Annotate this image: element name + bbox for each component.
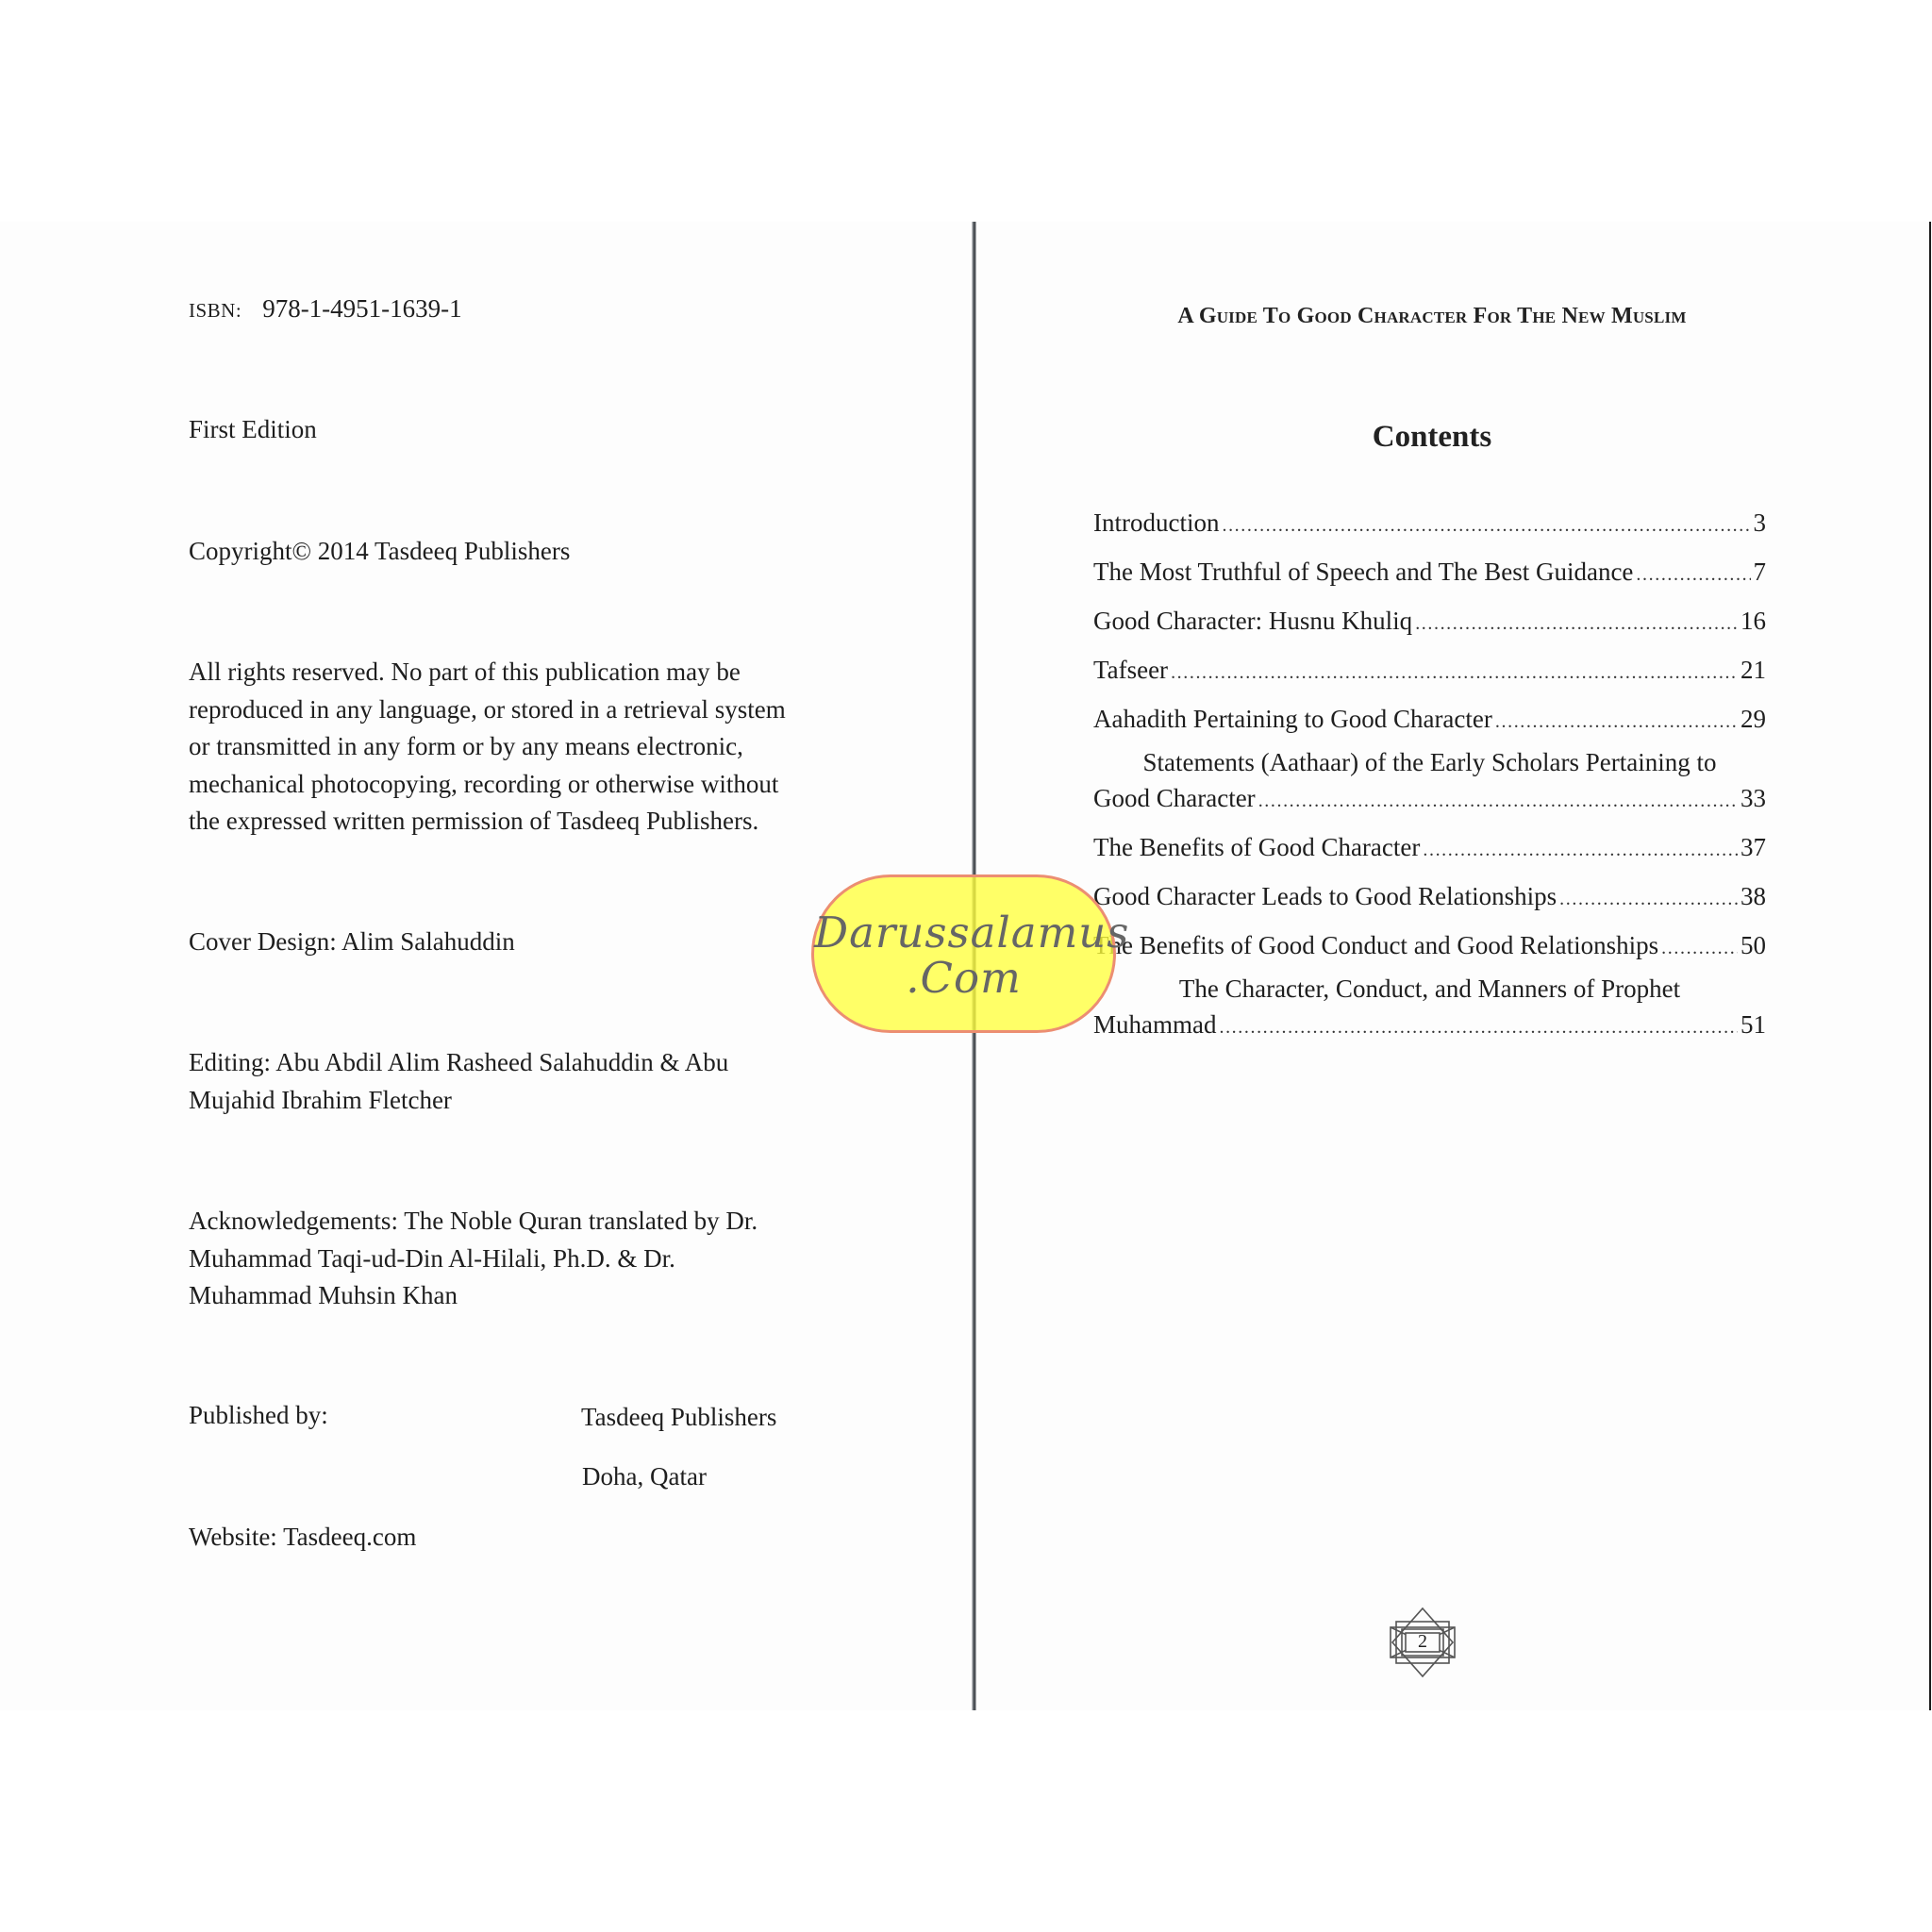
rights-statement: All rights reserved. No part of this pub… bbox=[189, 654, 786, 841]
toc-entry-page: 33 bbox=[1740, 780, 1766, 816]
published-by-label: Published by: bbox=[189, 1397, 328, 1434]
acknowledgements-line: Muhammad Muhsin Khan bbox=[189, 1277, 758, 1315]
watermark-line1: Darussalamus bbox=[814, 877, 1113, 957]
toc-entry-title: The Most Truthful of Speech and The Best… bbox=[1093, 554, 1633, 591]
running-head: A Guide To Good Character For The New Mu… bbox=[977, 304, 1887, 329]
toc-entry[interactable]: Introduction............................… bbox=[1093, 505, 1766, 554]
toc-leader-dots: ........................................… bbox=[1222, 508, 1750, 544]
toc-entry-title: The Benefits of Good Character bbox=[1093, 829, 1420, 866]
publisher-location: Doha, Qatar bbox=[582, 1458, 707, 1495]
editing-line: Editing: Abu Abdil Alim Rasheed Salahudd… bbox=[189, 1044, 728, 1082]
watermark-badge: Darussalamus .Com bbox=[811, 874, 1116, 1033]
toc-entry-page: 3 bbox=[1754, 505, 1767, 541]
toc-leader-dots: ........................................… bbox=[1495, 704, 1738, 741]
toc-entry-title: Good Character Leads to Good Relationshi… bbox=[1093, 878, 1557, 915]
editing-line: Mujahid Ibrahim Fletcher bbox=[189, 1082, 728, 1120]
toc-leader-dots: ........................................… bbox=[1661, 930, 1738, 967]
cover-design-credit: Cover Design: Alim Salahuddin bbox=[189, 924, 515, 960]
toc-entry-title: The Benefits of Good Conduct and Good Re… bbox=[1093, 927, 1658, 964]
toc-leader-dots: ........................................… bbox=[1423, 832, 1738, 869]
table-of-contents: Introduction............................… bbox=[1093, 505, 1766, 1056]
page-number: 2 bbox=[1385, 1631, 1460, 1653]
toc-entry[interactable]: The Benefits of Good Conduct and Good Re… bbox=[1093, 927, 1766, 976]
website: Website: Tasdeeq.com bbox=[189, 1519, 416, 1556]
toc-entry[interactable]: The Benefits of Good Character..........… bbox=[1093, 829, 1766, 878]
toc-entry[interactable]: Good Character: Husnu Khuliq............… bbox=[1093, 603, 1766, 652]
toc-leader-dots: ........................................… bbox=[1219, 1009, 1738, 1045]
toc-leader-dots: ........................................… bbox=[1559, 881, 1738, 918]
toc-entry-title: Introduction bbox=[1093, 505, 1219, 541]
toc-entry-title: Good Character: Husnu Khuliq bbox=[1093, 603, 1412, 640]
toc-entry[interactable]: Statements (Aathaar) of the Early Schola… bbox=[1093, 744, 1766, 829]
toc-entry[interactable]: The Most Truthful of Speech and The Best… bbox=[1093, 554, 1766, 603]
toc-entry-title-line1: Statements (Aathaar) of the Early Schola… bbox=[1093, 744, 1766, 780]
toc-entry[interactable]: The Character, Conduct, and Manners of P… bbox=[1093, 971, 1766, 1056]
toc-entry-title: Tafseer bbox=[1093, 652, 1168, 689]
rights-line: mechanical photocopying, recording or ot… bbox=[189, 766, 786, 804]
isbn-value: 978-1-4951-1639-1 bbox=[262, 294, 461, 323]
toc-entry-page: 7 bbox=[1754, 554, 1767, 591]
watermark-line2: .Com bbox=[814, 957, 1113, 1000]
toc-entry-page: 50 bbox=[1740, 927, 1766, 964]
acknowledgements: Acknowledgements: The Noble Quran transl… bbox=[189, 1203, 758, 1315]
rights-line: All rights reserved. No part of this pub… bbox=[189, 654, 786, 691]
publisher-name: Tasdeeq Publishers bbox=[581, 1399, 776, 1436]
isbn-label: ISBN: bbox=[189, 299, 241, 322]
toc-entry-page: 38 bbox=[1740, 878, 1766, 915]
rights-line: or transmitted in any form or by any mea… bbox=[189, 728, 786, 766]
toc-entry[interactable]: Tafseer.................................… bbox=[1093, 652, 1766, 701]
toc-leader-dots: ........................................… bbox=[1415, 606, 1738, 642]
rights-line: the expressed written permission of Tasd… bbox=[189, 803, 786, 841]
toc-leader-dots: ........................................… bbox=[1636, 557, 1750, 593]
copyright-notice: Copyright© 2014 Tasdeeq Publishers bbox=[189, 533, 570, 570]
acknowledgements-line: Acknowledgements: The Noble Quran transl… bbox=[189, 1203, 758, 1241]
rights-line: reproduced in any language, or stored in… bbox=[189, 691, 786, 729]
isbn-line: ISBN:978-1-4951-1639-1 bbox=[189, 291, 462, 329]
toc-entry-page: 21 bbox=[1740, 652, 1766, 689]
contents-title: Contents bbox=[977, 420, 1887, 455]
page-number-ornament: 2 bbox=[1385, 1607, 1460, 1680]
toc-entry-title-line1: The Character, Conduct, and Manners of P… bbox=[1093, 971, 1766, 1007]
toc-entry-title-line2: Good Character bbox=[1093, 780, 1256, 816]
toc-entry-page: 37 bbox=[1740, 829, 1766, 866]
toc-entry-page: 16 bbox=[1740, 603, 1766, 640]
acknowledgements-line: Muhammad Taqi-ud-Din Al-Hilali, Ph.D. & … bbox=[189, 1241, 758, 1278]
toc-entry-page: 29 bbox=[1740, 701, 1766, 738]
toc-leader-dots: ........................................… bbox=[1171, 655, 1738, 691]
edition: First Edition bbox=[189, 411, 317, 448]
toc-entry[interactable]: Good Character Leads to Good Relationshi… bbox=[1093, 878, 1766, 927]
toc-entry[interactable]: Aahadith Pertaining to Good Character...… bbox=[1093, 701, 1766, 750]
toc-entry-title: Aahadith Pertaining to Good Character bbox=[1093, 701, 1492, 738]
toc-leader-dots: ........................................… bbox=[1258, 783, 1738, 819]
toc-entry-page: 51 bbox=[1740, 1007, 1766, 1042]
toc-entry-title-line2: Muhammad bbox=[1093, 1007, 1216, 1042]
editing-credit: Editing: Abu Abdil Alim Rasheed Salahudd… bbox=[189, 1044, 728, 1119]
